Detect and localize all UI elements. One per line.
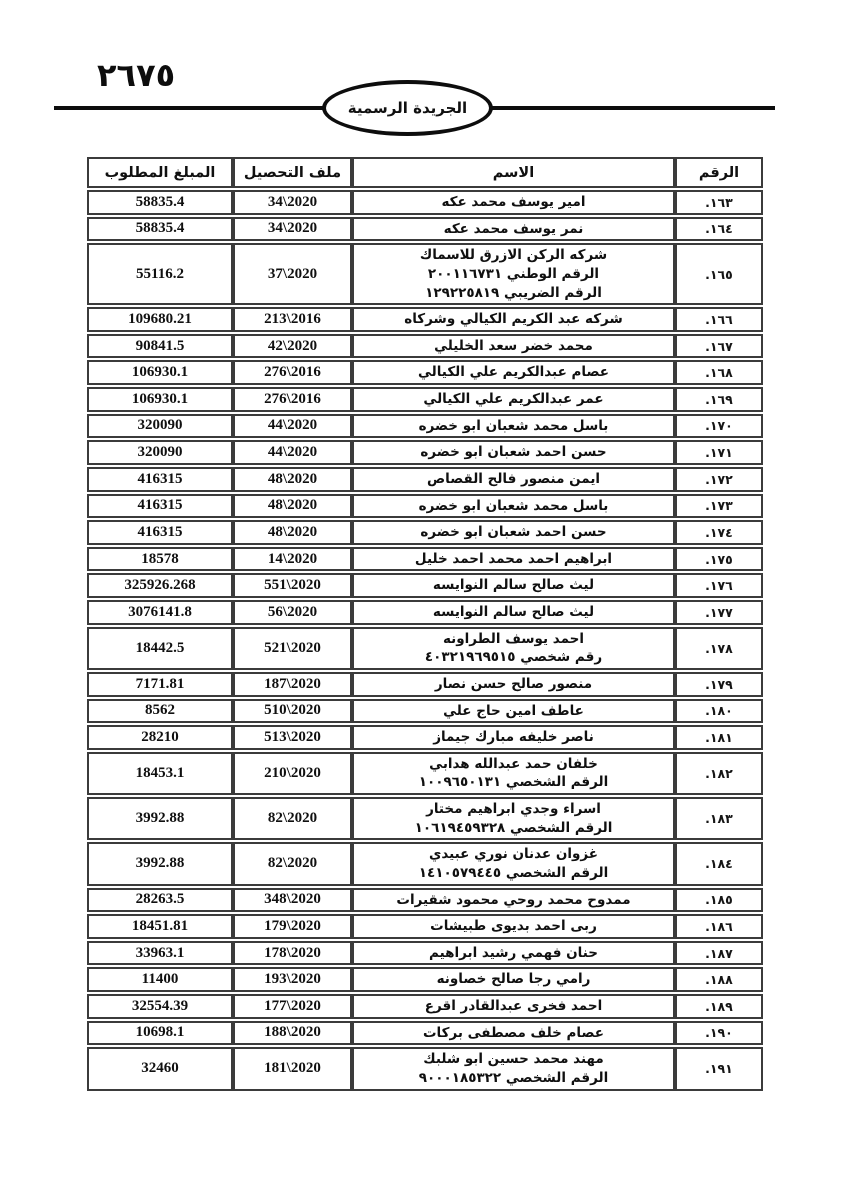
name-line: الرقم الشخصي ١٠٦١٩٤٥٩٣٢٨: [359, 819, 668, 838]
debtor-name-cell: رامي رجا صالح خصاونه: [352, 967, 675, 992]
collection-file-cell: 348\2020: [233, 888, 352, 913]
row-number-cell: ١٨٤.: [675, 842, 763, 885]
collection-file-cell: 181\2020: [233, 1047, 352, 1090]
name-line: نمر يوسف محمد عكه: [359, 220, 668, 239]
row-number-cell: ١٦٣.: [675, 190, 763, 215]
row-number-cell: ١٧٣.: [675, 494, 763, 519]
debtor-name-cell: نمر يوسف محمد عكه: [352, 217, 675, 242]
table-header-row: الرقم الاسم ملف التحصيل المبلغ المطلوب: [87, 157, 763, 188]
amount-due-cell: 325926.268: [87, 573, 233, 598]
row-number-cell: ١٧١.: [675, 440, 763, 465]
gazette-banner: الجريدة الرسمية: [322, 80, 493, 136]
row-number-cell: ١٧٦.: [675, 573, 763, 598]
debtor-name-cell: حنان فهمي رشيد ابراهيم: [352, 941, 675, 966]
row-number-cell: ١٦٩.: [675, 387, 763, 412]
row-number-cell: ١٨٩.: [675, 994, 763, 1019]
collection-file-cell: 276\2016: [233, 387, 352, 412]
collection-file-cell: 177\2020: [233, 994, 352, 1019]
row-number-cell: ١٨٦.: [675, 914, 763, 939]
col-header-name: الاسم: [352, 157, 675, 188]
amount-due-cell: 58835.4: [87, 217, 233, 242]
collection-file-cell: 193\2020: [233, 967, 352, 992]
row-number-cell: ١٧٥.: [675, 547, 763, 572]
table-row: ١٨٩.احمد فخرى عبدالقادر اقرع177\20203255…: [87, 994, 763, 1019]
table-row: ١٨٨.رامي رجا صالح خصاونه193\202011400: [87, 967, 763, 992]
name-line: شركه عبد الكريم الكيالي وشركاه: [359, 310, 668, 329]
row-number-cell: ١٦٨.: [675, 360, 763, 385]
table-row: ١٧٥.ابراهيم احمد محمد احمد خليل14\202018…: [87, 547, 763, 572]
collection-file-cell: 276\2016: [233, 360, 352, 385]
table-row: ١٨١.ناصر خليفه مبارك جيماز513\202028210: [87, 725, 763, 750]
name-line: مهند محمد حسين ابو شلبك: [359, 1050, 668, 1069]
name-line: اسراء وجدي ابراهيم مختار: [359, 800, 668, 819]
amount-due-cell: 320090: [87, 440, 233, 465]
row-number-cell: ١٦٧.: [675, 334, 763, 359]
col-header-amount: المبلغ المطلوب: [87, 157, 233, 188]
debtor-name-cell: باسل محمد شعبان ابو خضره: [352, 494, 675, 519]
amount-due-cell: 32460: [87, 1047, 233, 1090]
amount-due-cell: 55116.2: [87, 243, 233, 305]
name-line: ناصر خليفه مبارك جيماز: [359, 728, 668, 747]
collection-file-cell: 551\2020: [233, 573, 352, 598]
amount-due-cell: 58835.4: [87, 190, 233, 215]
amount-due-cell: 18451.81: [87, 914, 233, 939]
row-number-cell: ١٦٥.: [675, 243, 763, 305]
debtor-name-cell: امير يوسف محمد عكه: [352, 190, 675, 215]
debtor-name-cell: عصام عبدالكريم علي الكيالي: [352, 360, 675, 385]
col-header-file: ملف التحصيل: [233, 157, 352, 188]
name-line: ممدوح محمد روحي محمود شقيرات: [359, 891, 668, 910]
name-line: رقم شخصي ٤٠٣٢١٩٦٩٥١٥: [359, 648, 668, 667]
collection-file-cell: 34\2020: [233, 217, 352, 242]
name-line: عاطف امين حاج علي: [359, 702, 668, 721]
row-number-cell: ١٧٤.: [675, 520, 763, 545]
name-line: حنان فهمي رشيد ابراهيم: [359, 944, 668, 963]
table-row: ١٦٨.عصام عبدالكريم علي الكيالي276\201610…: [87, 360, 763, 385]
name-line: ليث صالح سالم النوايسه: [359, 603, 668, 622]
debtor-name-cell: حسن احمد شعبان ابو خضره: [352, 520, 675, 545]
table-row: ١٧٤.حسن احمد شعبان ابو خضره48\2020416315: [87, 520, 763, 545]
collection-file-cell: 82\2020: [233, 842, 352, 885]
table-row: ١٨٠.عاطف امين حاج علي510\20208562: [87, 699, 763, 724]
collection-file-cell: 521\2020: [233, 627, 352, 670]
debtor-name-cell: ايمن منصور فالح القصاص: [352, 467, 675, 492]
name-line: محمد خضر سعد الخليلي: [359, 337, 668, 356]
collection-file-cell: 56\2020: [233, 600, 352, 625]
row-number-cell: ١٧٠.: [675, 414, 763, 439]
amount-due-cell: 416315: [87, 494, 233, 519]
amount-due-cell: 18442.5: [87, 627, 233, 670]
debtor-name-cell: غزوان عدنان نوري عبيديالرقم الشخصي ١٤١٠٥…: [352, 842, 675, 885]
collection-file-cell: 34\2020: [233, 190, 352, 215]
name-line: الرقم الشخصي ١٠٠٩٦٥٠١٣١: [359, 773, 668, 792]
amount-due-cell: 109680.21: [87, 307, 233, 332]
name-line: باسل محمد شعبان ابو خضره: [359, 417, 668, 436]
gazette-banner-label: الجريدة الرسمية: [348, 99, 467, 117]
collection-file-cell: 213\2016: [233, 307, 352, 332]
debtor-name-cell: ليث صالح سالم النوايسه: [352, 573, 675, 598]
table-row: ١٧٨.احمد يوسف الطراونهرقم شخصي ٤٠٣٢١٩٦٩٥…: [87, 627, 763, 670]
table-row: ١٨٣.اسراء وجدي ابراهيم مختارالرقم الشخصي…: [87, 797, 763, 840]
collection-file-cell: 44\2020: [233, 414, 352, 439]
records-table: الرقم الاسم ملف التحصيل المبلغ المطلوب ١…: [87, 155, 763, 1093]
debtor-name-cell: ناصر خليفه مبارك جيماز: [352, 725, 675, 750]
debtor-name-cell: محمد خضر سعد الخليلي: [352, 334, 675, 359]
debtor-name-cell: عمر عبدالكريم علي الكيالي: [352, 387, 675, 412]
table-row: ١٧٢.ايمن منصور فالح القصاص48\2020416315: [87, 467, 763, 492]
table-row: ١٧٣.باسل محمد شعبان ابو خضره48\202041631…: [87, 494, 763, 519]
name-line: غزوان عدنان نوري عبيدي: [359, 845, 668, 864]
name-line: ربى احمد بديوى طبيشات: [359, 917, 668, 936]
row-number-cell: ١٨٠.: [675, 699, 763, 724]
debtor-name-cell: عصام خلف مصطفى بركات: [352, 1021, 675, 1046]
table-row: ١٦٥.شركه الركن الازرق للاسماكالرقم الوطن…: [87, 243, 763, 305]
table-row: ١٨٢.خلفان حمد عبدالله هدابيالرقم الشخصي …: [87, 752, 763, 795]
table-row: ١٧٩.منصور صالح حسن نصار187\20207171.81: [87, 672, 763, 697]
collection-file-cell: 178\2020: [233, 941, 352, 966]
collection-file-cell: 48\2020: [233, 467, 352, 492]
collection-file-cell: 188\2020: [233, 1021, 352, 1046]
row-number-cell: ١٧٧.: [675, 600, 763, 625]
collection-file-cell: 14\2020: [233, 547, 352, 572]
name-line: ابراهيم احمد محمد احمد خليل: [359, 550, 668, 569]
name-line: عصام خلف مصطفى بركات: [359, 1024, 668, 1043]
table-row: ١٨٧.حنان فهمي رشيد ابراهيم178\202033963.…: [87, 941, 763, 966]
name-line: الرقم الشخصي ٩٠٠٠١٨٥٣٢٢: [359, 1069, 668, 1088]
collection-file-cell: 48\2020: [233, 520, 352, 545]
row-number-cell: ١٨١.: [675, 725, 763, 750]
amount-due-cell: 32554.39: [87, 994, 233, 1019]
name-line: ايمن منصور فالح القصاص: [359, 470, 668, 489]
collection-file-cell: 179\2020: [233, 914, 352, 939]
table-row: ١٧٧.ليث صالح سالم النوايسه56\20203076141…: [87, 600, 763, 625]
debtor-name-cell: حسن احمد شعبان ابو خضره: [352, 440, 675, 465]
amount-due-cell: 33963.1: [87, 941, 233, 966]
debtor-name-cell: خلفان حمد عبدالله هدابيالرقم الشخصي ١٠٠٩…: [352, 752, 675, 795]
amount-due-cell: 3992.88: [87, 842, 233, 885]
collection-file-cell: 48\2020: [233, 494, 352, 519]
row-number-cell: ١٨٥.: [675, 888, 763, 913]
debtor-name-cell: ربى احمد بديوى طبيشات: [352, 914, 675, 939]
table-row: ١٧١.حسن احمد شعبان ابو خضره44\2020320090: [87, 440, 763, 465]
debtor-name-cell: اسراء وجدي ابراهيم مختارالرقم الشخصي ١٠٦…: [352, 797, 675, 840]
table-row: ١٧٠.باسل محمد شعبان ابو خضره44\202032009…: [87, 414, 763, 439]
gazette-page: ٢٦٧٥ الجريدة الرسمية الرقم الاسم ملف الت…: [0, 0, 850, 1192]
table-row: ١٩١.مهند محمد حسين ابو شلبكالرقم الشخصي …: [87, 1047, 763, 1090]
col-header-num: الرقم: [675, 157, 763, 188]
amount-due-cell: 320090: [87, 414, 233, 439]
debtor-name-cell: احمد يوسف الطراونهرقم شخصي ٤٠٣٢١٩٦٩٥١٥: [352, 627, 675, 670]
debtor-name-cell: ليث صالح سالم النوايسه: [352, 600, 675, 625]
name-line: حسن احمد شعبان ابو خضره: [359, 443, 668, 462]
row-number-cell: ١٨٨.: [675, 967, 763, 992]
collection-file-cell: 44\2020: [233, 440, 352, 465]
row-number-cell: ١٩١.: [675, 1047, 763, 1090]
name-line: منصور صالح حسن نصار: [359, 675, 668, 694]
name-line: الرقم الضريبي ١٢٩٢٢٥٨١٩: [359, 284, 668, 303]
amount-due-cell: 10698.1: [87, 1021, 233, 1046]
table-row: ١٦٩.عمر عبدالكريم علي الكيالي276\2016106…: [87, 387, 763, 412]
amount-due-cell: 416315: [87, 467, 233, 492]
debtor-name-cell: منصور صالح حسن نصار: [352, 672, 675, 697]
collection-file-cell: 187\2020: [233, 672, 352, 697]
name-line: شركه الركن الازرق للاسماك: [359, 246, 668, 265]
table-row: ١٦٧.محمد خضر سعد الخليلي42\202090841.5: [87, 334, 763, 359]
table-row: ١٧٦.ليث صالح سالم النوايسه551\2020325926…: [87, 573, 763, 598]
debtor-name-cell: باسل محمد شعبان ابو خضره: [352, 414, 675, 439]
amount-due-cell: 18578: [87, 547, 233, 572]
amount-due-cell: 28263.5: [87, 888, 233, 913]
table-row: ١٦٦.شركه عبد الكريم الكيالي وشركاه213\20…: [87, 307, 763, 332]
row-number-cell: ١٧٨.: [675, 627, 763, 670]
row-number-cell: ١٦٤.: [675, 217, 763, 242]
row-number-cell: ١٧٩.: [675, 672, 763, 697]
collection-file-cell: 513\2020: [233, 725, 352, 750]
collection-file-cell: 37\2020: [233, 243, 352, 305]
amount-due-cell: 3992.88: [87, 797, 233, 840]
name-line: حسن احمد شعبان ابو خضره: [359, 523, 668, 542]
collection-file-cell: 82\2020: [233, 797, 352, 840]
amount-due-cell: 18453.1: [87, 752, 233, 795]
name-line: ليث صالح سالم النوايسه: [359, 576, 668, 595]
row-number-cell: ١٧٢.: [675, 467, 763, 492]
amount-due-cell: 416315: [87, 520, 233, 545]
name-line: امير يوسف محمد عكه: [359, 193, 668, 212]
table-row: ١٩٠.عصام خلف مصطفى بركات188\202010698.1: [87, 1021, 763, 1046]
name-line: رامي رجا صالح خصاونه: [359, 970, 668, 989]
debtor-name-cell: مهند محمد حسين ابو شلبكالرقم الشخصي ٩٠٠٠…: [352, 1047, 675, 1090]
table-row: ١٦٣.امير يوسف محمد عكه34\202058835.4: [87, 190, 763, 215]
name-line: خلفان حمد عبدالله هدابي: [359, 755, 668, 774]
collection-file-cell: 42\2020: [233, 334, 352, 359]
amount-due-cell: 7171.81: [87, 672, 233, 697]
name-line: عصام عبدالكريم علي الكيالي: [359, 363, 668, 382]
amount-due-cell: 28210: [87, 725, 233, 750]
amount-due-cell: 3076141.8: [87, 600, 233, 625]
table-row: ١٨٤.غزوان عدنان نوري عبيديالرقم الشخصي ١…: [87, 842, 763, 885]
debtor-name-cell: احمد فخرى عبدالقادر اقرع: [352, 994, 675, 1019]
debtor-name-cell: عاطف امين حاج علي: [352, 699, 675, 724]
records-table-body: ١٦٣.امير يوسف محمد عكه34\202058835.4١٦٤.…: [87, 190, 763, 1091]
page-number: ٢٦٧٥: [97, 56, 175, 94]
name-line: احمد يوسف الطراونه: [359, 630, 668, 649]
amount-due-cell: 106930.1: [87, 387, 233, 412]
debtor-name-cell: ابراهيم احمد محمد احمد خليل: [352, 547, 675, 572]
table-row: ١٨٦.ربى احمد بديوى طبيشات179\202018451.8…: [87, 914, 763, 939]
row-number-cell: ١٦٦.: [675, 307, 763, 332]
row-number-cell: ١٩٠.: [675, 1021, 763, 1046]
name-line: الرقم الشخصي ١٤١٠٥٧٩٤٤٥: [359, 864, 668, 883]
collection-file-cell: 210\2020: [233, 752, 352, 795]
table-row: ١٨٥.ممدوح محمد روحي محمود شقيرات348\2020…: [87, 888, 763, 913]
amount-due-cell: 11400: [87, 967, 233, 992]
debtor-name-cell: ممدوح محمد روحي محمود شقيرات: [352, 888, 675, 913]
row-number-cell: ١٨٣.: [675, 797, 763, 840]
amount-due-cell: 106930.1: [87, 360, 233, 385]
row-number-cell: ١٨٧.: [675, 941, 763, 966]
name-line: باسل محمد شعبان ابو خضره: [359, 497, 668, 516]
amount-due-cell: 90841.5: [87, 334, 233, 359]
table-row: ١٦٤.نمر يوسف محمد عكه34\202058835.4: [87, 217, 763, 242]
debtor-name-cell: شركه عبد الكريم الكيالي وشركاه: [352, 307, 675, 332]
collection-file-cell: 510\2020: [233, 699, 352, 724]
name-line: الرقم الوطني ٢٠٠١١٦٧٣١: [359, 265, 668, 284]
name-line: احمد فخرى عبدالقادر اقرع: [359, 997, 668, 1016]
name-line: عمر عبدالكريم علي الكيالي: [359, 390, 668, 409]
amount-due-cell: 8562: [87, 699, 233, 724]
row-number-cell: ١٨٢.: [675, 752, 763, 795]
debtor-name-cell: شركه الركن الازرق للاسماكالرقم الوطني ٢٠…: [352, 243, 675, 305]
